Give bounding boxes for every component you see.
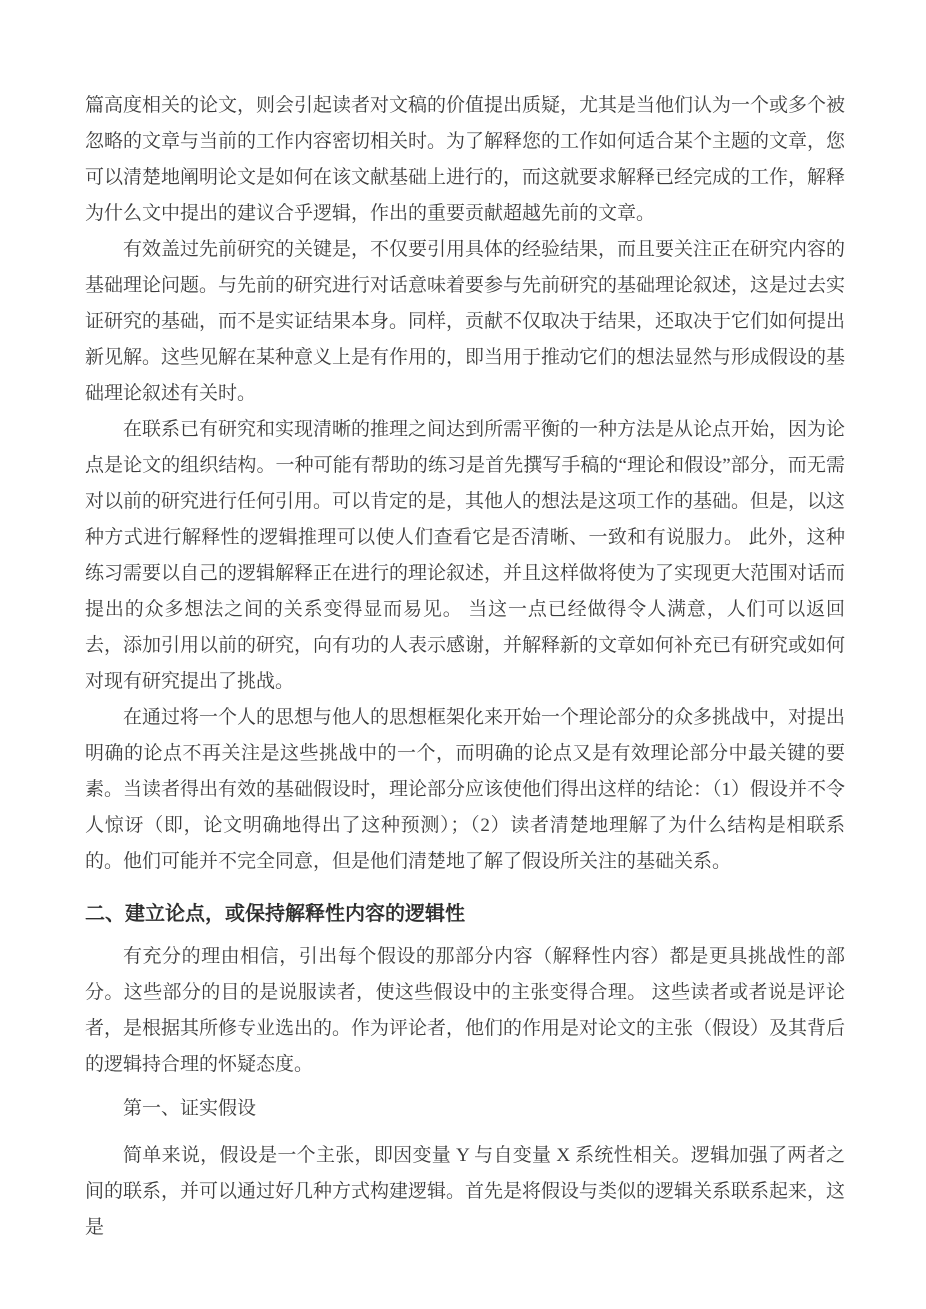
- paragraph-start-with-argument: 在联系已有研究和实现清晰的推理之间达到所需平衡的一种方法是从论点开始，因为论点是…: [85, 412, 845, 700]
- section-heading-establish-argument: 二、建立论点，或保持解释性内容的逻辑性: [85, 896, 845, 932]
- document-page: 篇高度相关的论文，则会引起读者对文稿的价值提出质疑，尤其是当他们认为一个或多个被…: [0, 0, 926, 1309]
- paragraph-covering-prior-research: 有效盖过先前研究的关键是，不仅要引用具体的经验结果，而且要关注正在研究内容的基础…: [85, 232, 845, 412]
- paragraph-continuation: 篇高度相关的论文，则会引起读者对文稿的价值提出质疑，尤其是当他们认为一个或多个被…: [85, 88, 845, 232]
- paragraph-explanatory-content: 有充分的理由相信，引出每个假设的那部分内容（解释性内容）都是更具挑战性的部分。这…: [85, 939, 845, 1083]
- paragraph-hypothesis-definition: 简单来说，假设是一个主张，即因变量 Y 与自变量 X 系统性相关。逻辑加强了两者…: [85, 1138, 845, 1246]
- paragraph-framing-challenges: 在通过将一个人的思想与他人的思想框架化来开始一个理论部分的众多挑战中，对提出明确…: [85, 700, 845, 880]
- subsection-heading-verify-hypothesis: 第一、证实假设: [85, 1091, 845, 1127]
